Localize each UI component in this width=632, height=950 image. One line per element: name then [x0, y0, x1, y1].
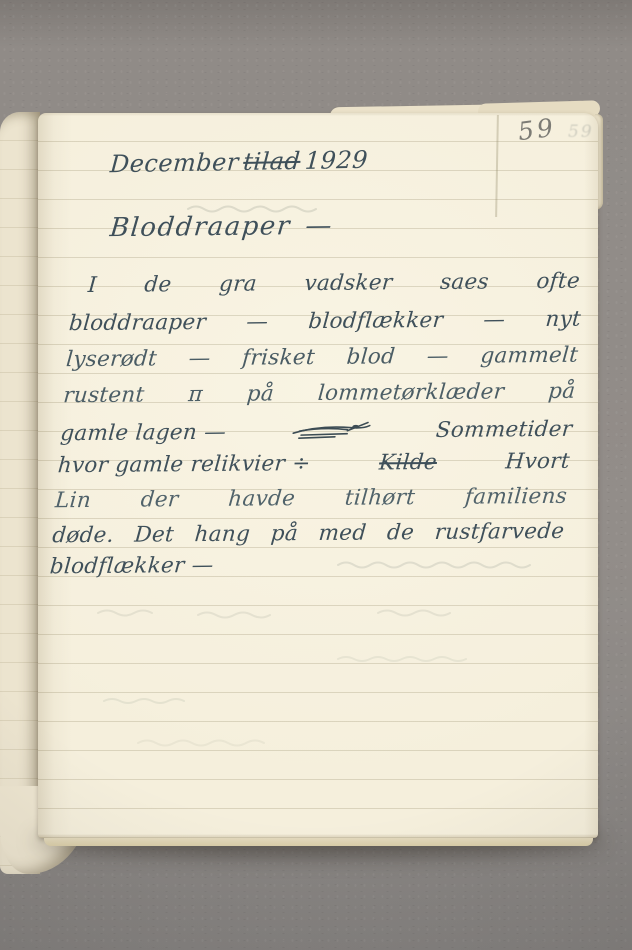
heading-struck-word: tilad: [242, 147, 301, 176]
body-line: lyserødt — frisket blod — gammelt: [65, 343, 579, 372]
body-line-with-sketch: gamle lagen — Sommetider: [59, 414, 573, 446]
body-line-segment: Hvort: [505, 449, 571, 475]
body-line-segment: hvor gamle relikvier ÷: [57, 451, 312, 478]
photo-of-notebook: 59 59 December tilad 1929 Bloddraaper — …: [0, 0, 632, 950]
body-line: døde. Det hang på med de rustfarvede: [51, 519, 565, 548]
entry-title: Bloddraaper —: [109, 211, 335, 243]
left-page-stack-edge: [0, 112, 40, 874]
ink-sketch-drawing: [288, 417, 374, 440]
body-line: blodflækker —: [49, 550, 563, 579]
body-line-segment: Sommetider: [435, 417, 573, 443]
body-line: Lin der havde tilhørt familiens: [54, 484, 568, 513]
heading-word: December: [109, 148, 240, 178]
page-number-ghost: 59: [568, 122, 594, 142]
sheet-edge-line: [495, 115, 499, 217]
notebook-page: 59 59 December tilad 1929 Bloddraaper — …: [38, 113, 598, 838]
body-line: I de gra vadsker saes ofte: [71, 269, 581, 298]
page-number: 59: [516, 113, 557, 146]
handwritten-body: I de gra vadsker saes ofte bloddraaper —…: [47, 269, 585, 604]
body-line-with-strikeout: hvor gamle relikvier ÷ Kilde Hvort: [57, 449, 571, 478]
heading-year: 1929: [304, 146, 369, 175]
body-line-segment: gamle lagen —: [59, 420, 227, 446]
struck-word: Kilde: [378, 450, 438, 476]
body-line: rustent π på lommetørklæder på: [62, 379, 576, 408]
date-heading: December tilad 1929: [109, 146, 369, 179]
body-line: bloddraaper — blodflækker — nyt: [68, 307, 582, 336]
